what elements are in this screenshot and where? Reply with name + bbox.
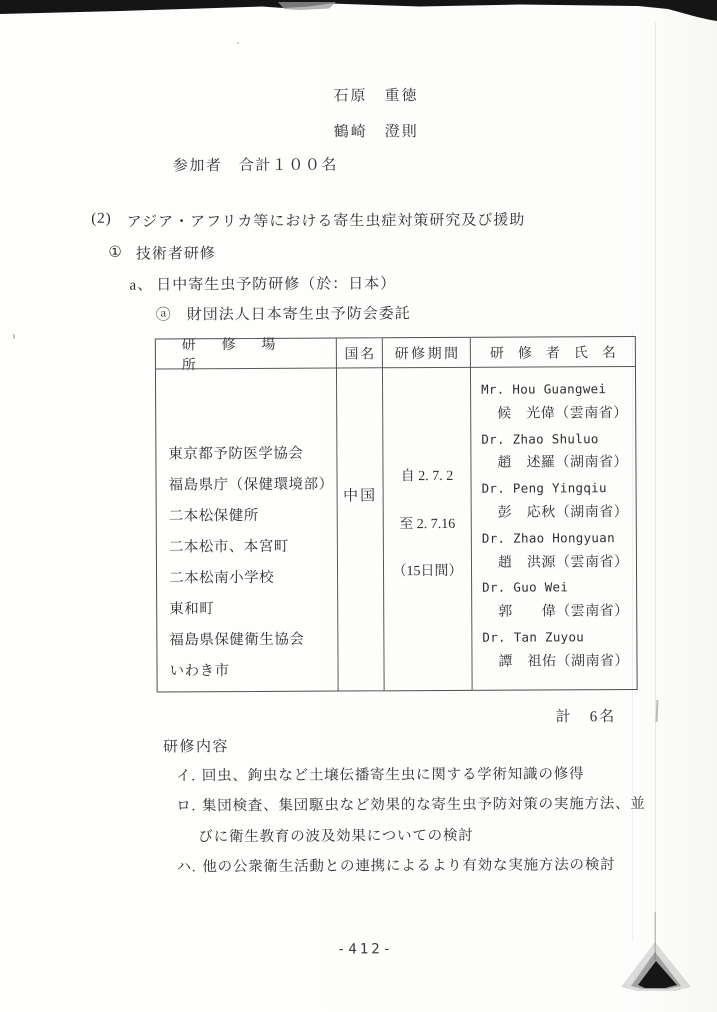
content-item-text: 回虫、鉤虫など土壌伝播寄生虫に関する学術知識の修得 (202, 762, 585, 785)
col-header-period: 研修期間 (382, 338, 470, 368)
content-item-text: 集団検査、集団駆虫など効果的な寄生虫予防対策の実施方法、並 (202, 792, 646, 815)
trainee-name-ja: 郭 偉（雲南省） (482, 600, 636, 626)
section-title: アジア・アフリカ等における寄生虫症対策研究及び援助 (127, 209, 526, 232)
item-marker: a、 (129, 274, 153, 295)
training-places-cell: 東京都予防医学協会 福島県庁（保健環境部） 二本松保健所 二本松市、本宮町 二本… (156, 369, 338, 692)
content-item-i: イ. 回虫、鉤虫など土壌伝播寄生虫に関する学術知識の修得 (176, 762, 584, 785)
item-heading-circled-a: ⓐ 財団法人日本寄生虫予防会委託 (156, 302, 411, 324)
content-item-marker: イ. (176, 764, 196, 785)
signatory-name-1: 石原 重徳 (333, 84, 418, 105)
period-cell: 自 2. 7. 2 至 2. 7.16 （15日間） (382, 368, 472, 690)
page-content: 石原 重徳 鶴崎 澄則 参加者 合計１００名 (2) アジア・アフリカ等における… (0, 0, 717, 1012)
training-content-heading: 研修内容 (163, 735, 229, 756)
item-heading-a: a、 日中寄生虫予防研修（於：日本） (129, 272, 396, 294)
training-table: 研修場所 国名 研修期間 研修者氏名 東京都予防医学協会 福島県庁（保健環境部）… (155, 336, 638, 693)
training-place: いわき市 (169, 656, 337, 688)
training-place: 二本松南小学校 (169, 563, 337, 595)
col-header-period-label: 研修期間 (395, 342, 461, 362)
total-count-line: 計 6名 (556, 705, 617, 726)
col-header-country: 国名 (336, 338, 382, 368)
trainees-cell: Mr. Hou Guangwei 候 光偉（雲南省） Dr. Zhao Shul… (470, 367, 637, 690)
col-header-country-label: 国名 (344, 343, 375, 363)
training-place: 東和町 (169, 594, 337, 626)
page-number: -412- (0, 940, 717, 960)
item-title: 財団法人日本寄生虫予防会委託 (187, 302, 411, 324)
trainee-name-ja: 彭 応秋（湖南省） (482, 501, 636, 527)
trainee-name-ja: 候 光偉（雲南省） (481, 402, 635, 428)
content-item-text: 他の公衆衛生活動との連携によるより有効な実施方法の検討 (202, 853, 615, 876)
subsection-heading-1: ① 技術者研修 (108, 242, 216, 264)
subsection-number: ① (108, 243, 123, 264)
trainee-name-en: Dr. Zhao Hongyuan (482, 526, 636, 552)
content-item-marker: ロ. (176, 794, 196, 815)
training-place: 東京都予防医学協会 (168, 439, 336, 471)
trainee-name-en: Mr. Hou Guangwei (481, 377, 635, 403)
content-item-ha: ハ. 他の公衆衛生活動との連携によるより有効な実施方法の検討 (177, 853, 616, 876)
content-item-ro: ロ. 集団検査、集団駆虫など効果的な寄生虫予防対策の実施方法、並 (176, 792, 646, 815)
col-header-trainee-label: 研修者氏名 (490, 342, 630, 363)
section-number: (2) (91, 211, 112, 232)
section-heading-2: (2) アジア・アフリカ等における寄生虫症対策研究及び援助 (91, 209, 525, 232)
item-title: 日中寄生虫予防研修（於：日本） (156, 272, 396, 294)
training-place: 二本松市、本宮町 (169, 532, 337, 564)
training-place: 二本松保健所 (169, 501, 337, 533)
country-cell: 中国 (336, 368, 384, 690)
trainee-name-en: Dr. Peng Yingqiu (482, 476, 636, 502)
training-place: 福島県庁（保健環境部） (168, 470, 336, 502)
signatory-name-2: 鶴崎 澄則 (334, 120, 419, 141)
col-header-place: 研修場所 (156, 339, 336, 370)
content-item-ro-line2: びに衛生教育の波及効果についての検討 (198, 824, 473, 846)
scanned-page: 石原 重徳 鶴崎 澄則 参加者 合計１００名 (2) アジア・アフリカ等における… (0, 0, 717, 1012)
period-duration: （15日間） (384, 557, 471, 587)
content-item-marker: ハ. (177, 855, 197, 876)
trainee-name-en: Dr. Zhao Shuluo (481, 427, 635, 453)
trainee-name-ja: 趙 洪源（雲南省） (482, 551, 636, 577)
participants-total-line: 参加者 合計１００名 (173, 154, 338, 176)
training-place: 福島県保健衛生協会 (169, 625, 337, 657)
col-header-trainee: 研修者氏名 (470, 337, 635, 368)
trainee-name-en: Dr. Guo Wei (482, 575, 636, 601)
trainee-name-ja: 譚 祖佑（湖南省） (482, 650, 636, 676)
trainee-name-en: Dr. Tan Zuyou (482, 625, 636, 651)
period-to: 至 2. 7.16 (384, 510, 471, 540)
subsection-title: 技術者研修 (136, 242, 216, 263)
item-marker: ⓐ (156, 303, 172, 324)
period-from: 自 2. 7. 2 (383, 462, 470, 492)
country-value: 中国 (343, 488, 377, 504)
trainee-name-ja: 趙 述羅（湖南省） (481, 451, 635, 477)
